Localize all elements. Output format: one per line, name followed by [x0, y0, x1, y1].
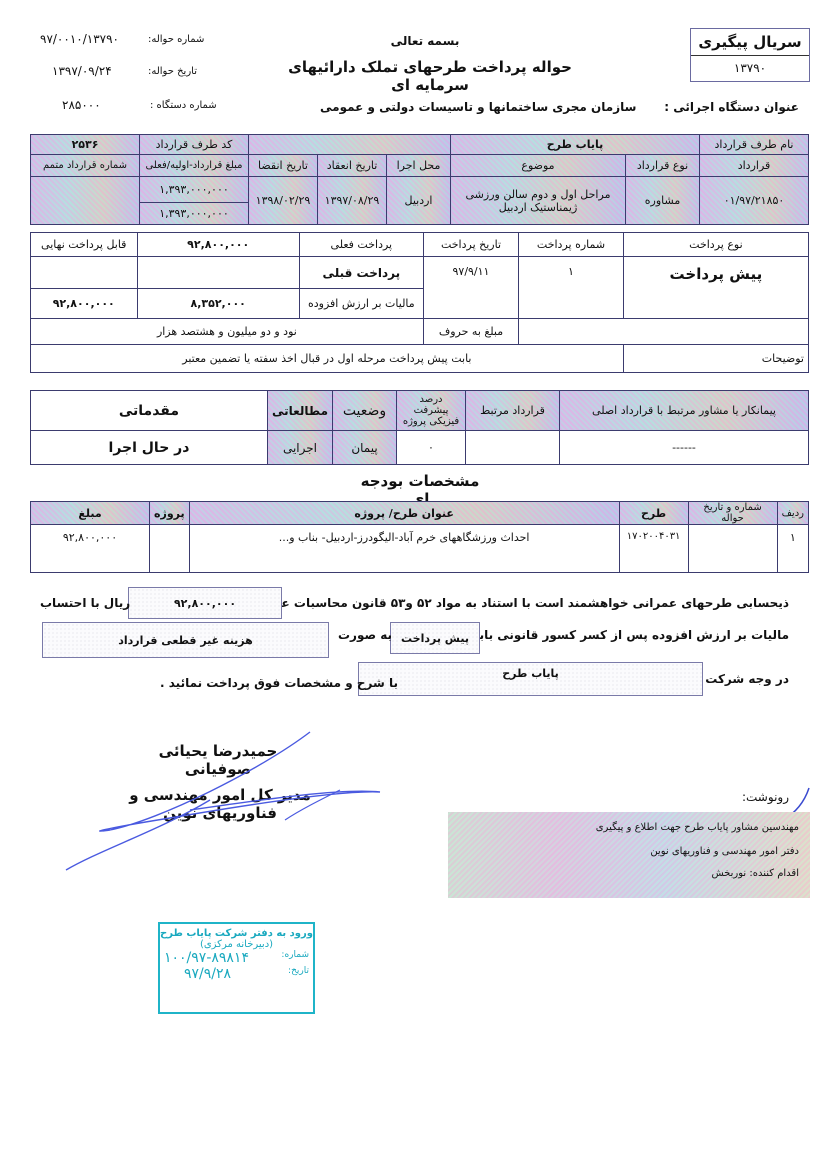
progress-label: درصد پیشرفت فیزیکی پروژه [397, 391, 466, 431]
previous-payment-label: پرداخت قبلی [299, 257, 423, 289]
body-line1-a: ذیحسابی طرحهای عمرانی خواهشمند است با اس… [217, 596, 789, 610]
current-payment-label: پرداخت فعلی [299, 233, 423, 257]
previous-payment-value [137, 257, 299, 289]
contract-end-date: ۱۳۹۸/۰۲/۲۹ [249, 177, 318, 225]
remittance-date-label: تاریخ حواله: [148, 66, 197, 77]
basmala: بسمه تعالی [390, 34, 460, 48]
budget-col-plan: طرح [619, 502, 688, 525]
payment-type-value: پیش پرداخت [623, 257, 808, 319]
budget-row-plan: ۱۷۰۲۰۰۴۰۳۱ [619, 525, 688, 573]
payment-date-label: تاریخ پرداخت [423, 233, 518, 257]
contract-subject: مراحل اول و دوم سالن ورزشی ژیمناستیک ارد… [451, 177, 626, 225]
related-contract-label: قرارداد مرتبط [466, 391, 560, 431]
budget-row: ۱ ۱۷۰۲۰۰۴۰۳۱ احداث ورزشگاههای خرم آباد-ا… [31, 525, 809, 573]
budget-row-number: ۱ [777, 525, 808, 573]
contract-supplement [31, 177, 140, 225]
notes-value: بابت پیش پرداخت مرحله اول در قبال اخذ سف… [31, 345, 624, 373]
agency-number-label: شماره دستگاه : [150, 100, 217, 111]
col-amount: مبلغ قرارداد-اولیه/فعلی [140, 155, 249, 177]
tracking-serial-value: ۱۳۷۹۰ [691, 56, 809, 80]
remittance-date-value: ۱۳۹۷/۰۹/۲۴ [52, 64, 112, 78]
budget-row-ref [688, 525, 777, 573]
payment-number-label: شماره پرداخت [519, 233, 624, 257]
budget-col-ref: شماره و تاریخ حواله [688, 502, 777, 525]
budget-table: ردیف شماره و تاریخ حواله طرح عنوان طرح/ … [30, 501, 809, 573]
vat-value: ۸,۳۵۲,۰۰۰ [137, 289, 299, 319]
body-line2-b: به صورت [338, 628, 392, 642]
budget-row-title: احداث ورزشگاههای خرم آباد-الیگودرز-اردبی… [189, 525, 619, 573]
cc-line-2: دفتر امور مهندسی و فناوریهای نوین [650, 846, 799, 857]
cc-line-1: مهندسین مشاور پایاب طرح جهت اطلاع و پیگی… [596, 822, 799, 833]
stamp-line-1: ورود به دفتر شرکت پایاب طرح [160, 928, 313, 939]
signature-scribble-icon [40, 730, 420, 880]
payment-table: نوع پرداخت شماره پرداخت تاریخ پرداخت پرد… [30, 232, 809, 373]
state-value: پیمان [333, 431, 397, 465]
remittance-number-label: شماره حواله: [148, 34, 204, 45]
in-progress-label: در حال اجرا [31, 431, 268, 465]
vat-label: مالیات بر ارزش افزوده [299, 289, 423, 319]
stamp-number-label: شماره: [281, 950, 309, 966]
stamp-date-value: ۹۷/۹/۲۸ [184, 966, 231, 982]
notes-label: توضیحات [623, 345, 808, 373]
amount-words-value: نود و دو میلیون و هشتصد هزار [31, 319, 424, 345]
col-supplement: شماره قرارداد متمم [31, 155, 140, 177]
final-payable-label: قابل پرداخت نهایی [31, 233, 138, 257]
contract-table: نام طرف قرارداد پایاب طرح کد طرف قرارداد… [30, 134, 809, 225]
document-title: حواله پرداخت طرحهای تملک دارائیهای سرمای… [280, 58, 580, 94]
receipt-stamp: ورود به دفتر شرکت پایاب طرح (دبیرخانه مر… [158, 922, 315, 1014]
body-line3-b: با شرح و مشخصات فوق پرداخت نمائید . [160, 676, 398, 690]
budget-row-project [150, 525, 190, 573]
words-blank [519, 319, 809, 345]
body-line2-mode: هزینه غیر قطعی قرارداد [42, 622, 329, 658]
progress-value: ۰ [397, 431, 466, 465]
body-line1-amount: ۹۲,۸۰۰,۰۰۰ [128, 587, 282, 619]
contract-type: مشاوره [626, 177, 700, 225]
col-contract: قرارداد [700, 155, 809, 177]
related-contract-value [466, 431, 560, 465]
budget-col-amount: مبلغ [31, 502, 150, 525]
contract-location: اردبیل [387, 177, 451, 225]
col-subject: موضوع [451, 155, 626, 177]
party-code-value: ۲۵۳۶ [31, 135, 140, 155]
body-line2-a: مالیات بر ارزش افزوده پس از کسر کسور قان… [467, 628, 789, 642]
contractor-value: ------ [560, 431, 809, 465]
body-line3-a: در وجه شرکت [705, 672, 789, 686]
contract-amount-initial: ۱,۳۹۳,۰۰۰,۰۰۰ [140, 177, 249, 203]
payment-date-value: ۹۷/۹/۱۱ [423, 257, 518, 319]
amount-words-label: مبلغ به حروف [423, 319, 518, 345]
contract-no: ۰۱/۹۷/۲۱۸۵۰ [700, 177, 809, 225]
prelim-label: مقدماتی [31, 391, 268, 431]
body-line2-reason: پیش پرداخت [390, 622, 480, 654]
body-line1-b: ریال با احتساب [40, 596, 130, 610]
party-name-value: پایاب طرح [451, 135, 700, 155]
party-blank [249, 135, 451, 155]
cc-line-3: اقدام کننده: نوربخش [711, 868, 799, 879]
status-table: پیمانکار یا مشاور مرتبط با قرارداد اصلی … [30, 390, 809, 465]
study-label: مطالعاتی [267, 391, 332, 431]
party-code-label: کد طرف قرارداد [140, 135, 249, 155]
stamp-date-label: تاریخ: [288, 966, 309, 982]
col-end-date: تاریخ انقضا [249, 155, 318, 177]
budget-col-row: ردیف [777, 502, 808, 525]
state-label: وضعیت [333, 391, 397, 431]
party-name-label: نام طرف قرارداد [700, 135, 809, 155]
budget-col-project: پروژه [150, 502, 190, 525]
agency-title-value: سازمان مجری ساختمانها و تاسیسات دولتی و … [320, 100, 636, 114]
stamp-number-value: ۱۰۰/۹۷-۸۹۸۱۴ [164, 950, 249, 966]
budget-col-title: عنوان طرح/ پروژه [189, 502, 619, 525]
payment-number-value: ۱ [519, 257, 624, 319]
payment-type-label: نوع پرداخت [623, 233, 808, 257]
current-payment-value: ۹۲,۸۰۰,۰۰۰ [137, 233, 299, 257]
col-location: محل اجرا [387, 155, 451, 177]
tracking-serial-label: سریال پیگیری [691, 29, 809, 56]
tracking-serial-box: سریال پیگیری ۱۳۷۹۰ [690, 28, 810, 82]
stamp-line-2: (دبیرخانه مرکزی) [160, 939, 313, 950]
budget-row-amount: ۹۲,۸۰۰,۰۰۰ [31, 525, 150, 573]
agency-title-label: عنوان دستگاه اجرائی : [664, 100, 799, 114]
contract-start-date: ۱۳۹۷/۰۸/۲۹ [318, 177, 387, 225]
contract-amount-current: ۱,۳۹۳,۰۰۰,۰۰۰ [140, 203, 249, 225]
remittance-number-value: ۹۷/۰۰۱۰/۱۳۷۹۰ [40, 32, 119, 46]
contractor-label: پیمانکار یا مشاور مرتبط با قرارداد اصلی [560, 391, 809, 431]
agency-number-value: ۲۸۵۰۰۰ [62, 98, 101, 112]
final-blank [31, 257, 138, 289]
final-payable-value: ۹۲,۸۰۰,۰۰۰ [31, 289, 138, 319]
body-line3-company: پایاب طرح [358, 662, 703, 696]
exec-label: اجرایی [267, 431, 332, 465]
col-start-date: تاریخ انعقاد [318, 155, 387, 177]
col-type: نوع قرارداد [626, 155, 700, 177]
